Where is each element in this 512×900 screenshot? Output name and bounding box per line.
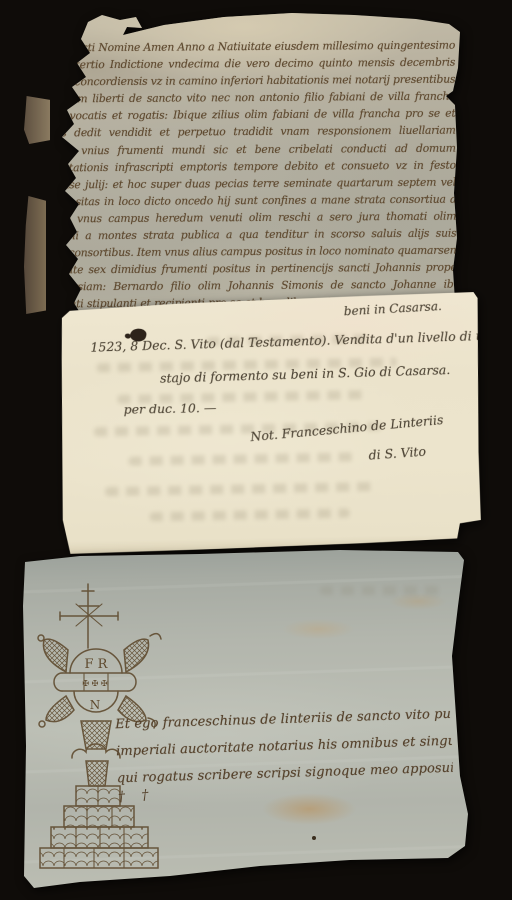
top-parchment-surface: In Christi Nomine Amen Anno a Natiuitate… [24,8,464,316]
slip-notary-name: Not. Franceschino de Linteriis [250,412,444,444]
deed-text-block: In Christi Nomine Amen Anno a Natiuitate… [45,37,457,313]
notary-subscription-block: Et ego franceschinus de linteriis de san… [115,701,453,793]
slip-notary-place: di S. Vito [368,444,426,463]
archival-slip-surface: beni in Casarsa. 1523, 8 Dec. S. Vito (d… [56,292,485,560]
slip-corner-note: beni in Casarsa. [343,299,442,318]
slip-entry-line: 1523, 8 Dec. S. Vito (dal Testamento). V… [90,327,508,354]
show-through-line [129,452,359,465]
show-through-line [105,482,375,496]
show-through-line [150,508,350,521]
archival-slip: beni in Casarsa. 1523, 8 Dec. S. Vito (d… [56,292,485,560]
signum-monogram-top: F R [85,657,109,672]
bottom-parchment-sheet: F R ✠ ✠ ✠ N Et ego franceschinus de lint… [20,546,472,892]
bottom-parchment-surface: F R ✠ ✠ ✠ N Et ego franceschinus de lint… [20,546,472,892]
signum-band-crosses-icon: ✠ ✠ ✠ [82,679,107,688]
signum-monogram-bottom: N [90,698,101,712]
top-parchment-sheet: In Christi Nomine Amen Anno a Natiuitate… [24,8,464,316]
ink-speck [312,836,316,840]
manuscript-photo: In Christi Nomine Amen Anno a Natiuitate… [0,0,512,900]
show-through-line [320,586,440,595]
cross-flourish-icon: † † [117,787,154,806]
slip-price-line: per duc. 10. — [124,400,217,417]
